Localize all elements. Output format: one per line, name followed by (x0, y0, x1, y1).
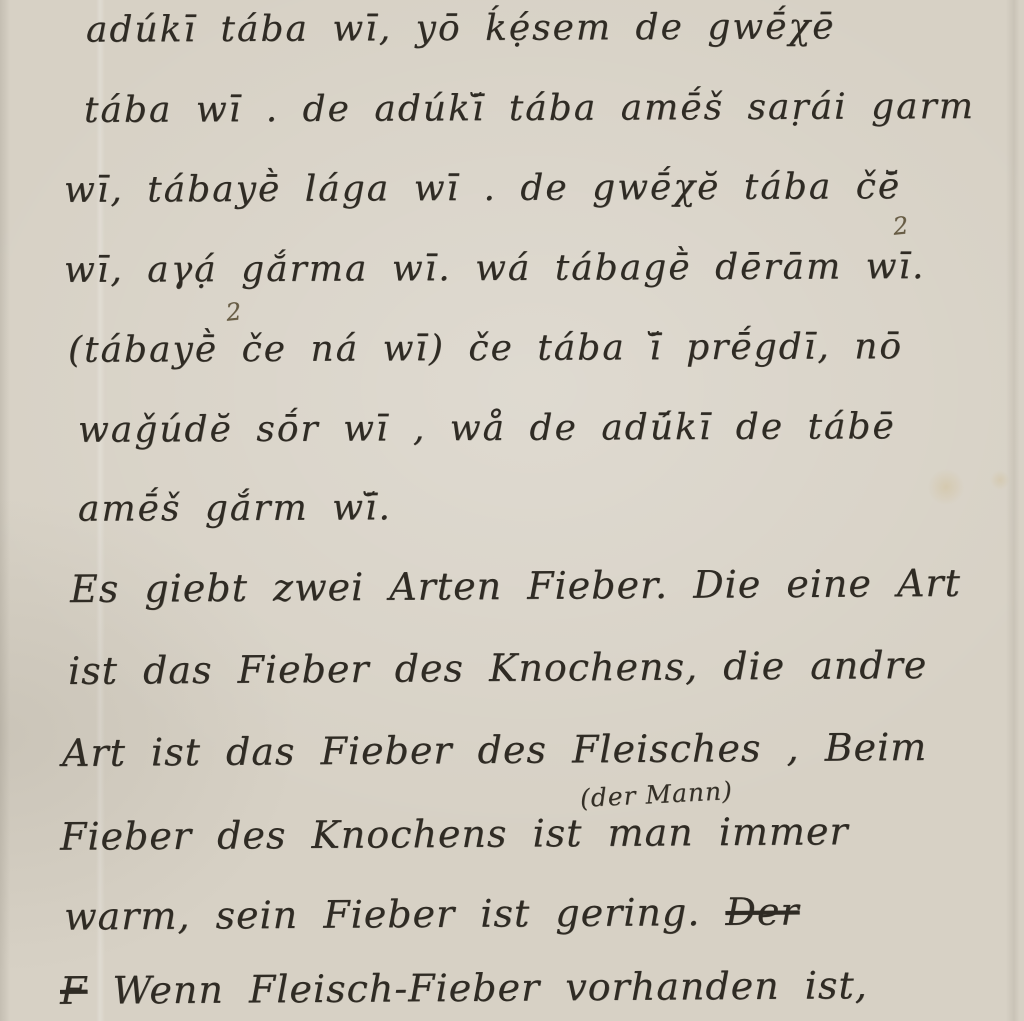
handwriting-line-10: Art ist das Fieber des Fleisches , Beim (62, 721, 928, 780)
line-2-text: tába wī . de adúkī̆ tába amḗš saṛái garm (84, 86, 975, 131)
line-7-text: amḗš gắrm wī̆. (78, 487, 392, 529)
line-8-text: Es giebt zwei Arten Fieber. Die eine Art (70, 561, 961, 611)
line-13-struck-letter: F (60, 969, 88, 1013)
line-9-text: ist das Fieber des Knochens, die andre (68, 643, 928, 693)
marginal-mark-2-line3: 2 (892, 211, 910, 240)
line-12-text: warm, sein Fieber ist gering. (64, 890, 726, 939)
handwriting-line-4: wī, aγạ́ gắrma wī. wá tábagḕ dērām wī. (64, 242, 926, 296)
handwriting-line-1: adúkī tába wī, yō ḱẹ́sem de gwḗχē (86, 2, 836, 56)
line-11-text: Fieber des Knochens ist man immer (60, 809, 849, 859)
line-13-text: Wenn Fleisch-Fieber vorhanden ist, (87, 963, 868, 1012)
line-12-struck-word: Der (725, 889, 799, 934)
handwriting-line-6: waǧúdĕ sṓr wī , wå de adū́kī de tábē (78, 402, 896, 456)
handwriting-line-2: tába wī . de adúkī̆ tába amḗš saṛái garm (84, 82, 975, 136)
handwriting-line-13: F Wenn Fleisch-Fieber vorhanden ist, (60, 959, 868, 1018)
line-4-text: wī, aγạ́ gắrma wī. wá tábagḕ dērām wī. (64, 246, 926, 291)
handwriting-line-11: Fieber des Knochens ist man immer (60, 805, 849, 864)
manuscript-page: adúkī tába wī, yō ḱẹ́sem de gwḗχē tába w… (0, 0, 1024, 1021)
handwriting-line-7: amḗš gắrm wī̆. (78, 483, 392, 535)
line-5-text: (tábayḕ če ná wī) če tába ī̆ prḗgdī, nō (68, 326, 903, 371)
line-1-text: adúkī tába wī, yō ḱẹ́sem de gwḗχē (86, 6, 836, 50)
line-6-text: waǧúdĕ sṓr wī , wå de adū́kī de tábē (78, 406, 896, 451)
handwriting-line-3: wī, tábayḕ lága wī . de gwḗχĕ tába čē̆ (64, 162, 901, 216)
line-3-text: wī, tábayḕ lága wī . de gwḗχĕ tába čē̆ (64, 166, 901, 211)
handwriting-line-8: Es giebt zwei Arten Fieber. Die eine Art (70, 557, 961, 616)
handwriting-line-9: ist das Fieber des Knochens, die andre (68, 639, 928, 698)
marginal-mark-2-line4: 2 (225, 297, 243, 326)
handwriting-line-12: warm, sein Fieber ist gering. Der (64, 885, 800, 943)
line-10-text: Art ist das Fieber des Fleisches , Beim (62, 725, 928, 775)
handwriting-line-5: (tábayḕ če ná wī) če tába ī̆ prḗgdī, nō (68, 322, 903, 376)
